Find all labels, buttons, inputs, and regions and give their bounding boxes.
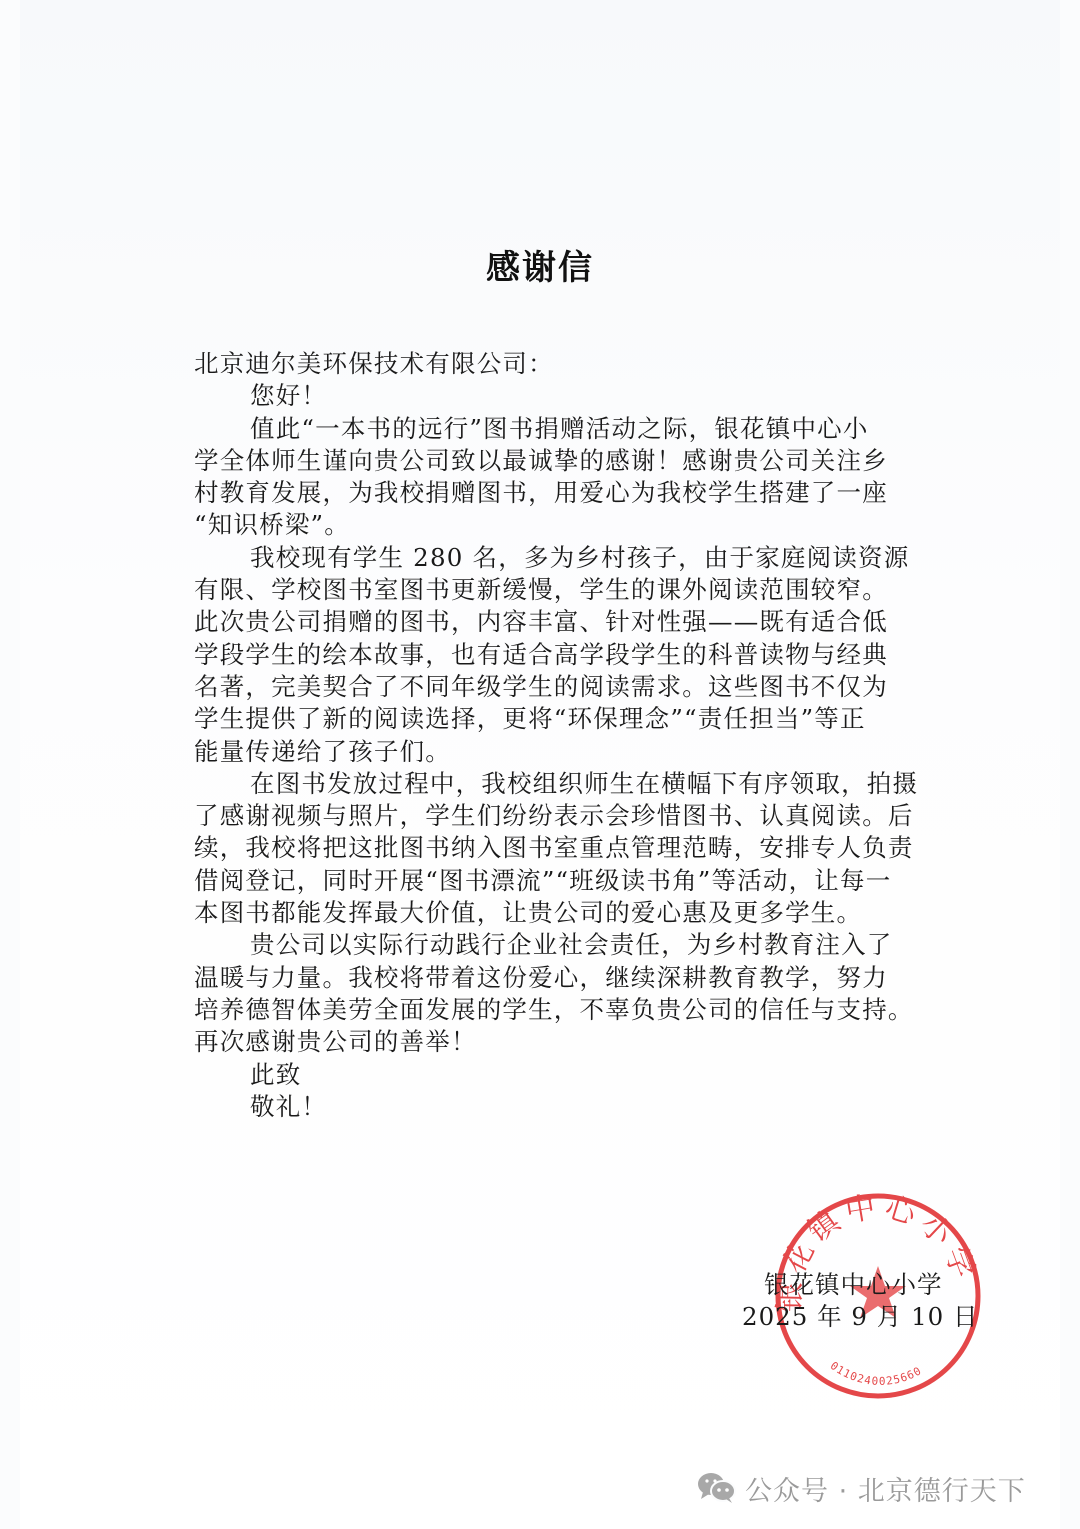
body-line: 续，我校将把这批图书纳入图书室重点管理范畴，安排专人负责 [194,832,964,864]
watermark-label: 公众号 · 北京德行天下 [745,1469,1026,1508]
body-line: 能量传递给了孩子们。 [194,736,964,768]
body-line: 值此“一本书的远行”图书捐赠活动之际，银花镇中心小 [194,413,964,445]
body-line: “知识桥梁”。 [194,509,964,541]
body-line: 再次感谢贵公司的善举！ [194,1026,964,1058]
letter-title: 感谢信 [20,240,1060,289]
body-line: 我校现有学生 280 名，多为乡村孩子，由于家庭阅读资源 [194,542,964,574]
body-line: 了感谢视频与照片，学生们纷纷表示会珍惜图书、认真阅读。后 [194,800,964,832]
body-line: 借阅登记，同时开展“图书漂流”“班级读书角”等活动，让每一 [194,865,964,897]
letter-body: 北京迪尔美环保技术有限公司： 您好！ 值此“一本书的远行”图书捐赠活动之际，银花… [194,348,964,1123]
body-line: 在图书发放过程中，我校组织师生在横幅下有序领取，拍摄 [194,768,964,800]
closing-salute: 敬礼！ [194,1091,964,1123]
wechat-icon [697,1472,737,1504]
body-line: 学全体师生谨向贵公司致以最诚挚的感谢！感谢贵公司关注乡 [194,445,964,477]
body-line: 温暖与力量。我校将带着这份爱心，继续深耕教育教学，努力 [194,962,964,994]
body-line: 名著，完美契合了不同年级学生的阅读需求。这些图书不仅为 [194,671,964,703]
svg-text:0110240025660: 0110240025660 [828,1359,924,1388]
body-line: 贵公司以实际行动践行企业社会责任，为乡村教育注入了 [194,929,964,961]
signature-organization: 银花镇中心小学 [764,1266,943,1301]
watermark-footer: 公众号 · 北京德行天下 [697,1468,1026,1508]
closing-line: 此致 [194,1059,964,1091]
body-line: 村教育发展，为我校捐赠图书，用爱心为我校学生搭建了一座 [194,477,964,509]
signature-date: 2025 年 9 月 10 日 [742,1298,979,1333]
body-line: 学生提供了新的阅读选择，更将“环保理念”“责任担当”等正 [194,703,964,735]
body-line: 学段学生的绘本故事，也有适合高学段学生的科普读物与经典 [194,639,964,671]
greeting: 您好！ [194,380,964,412]
document-page: 感谢信 北京迪尔美环保技术有限公司： 您好！ 值此“一本书的远行”图书捐赠活动之… [20,0,1060,1529]
recipient: 北京迪尔美环保技术有限公司： [194,348,964,380]
body-line: 有限、学校图书室图书更新缓慢，学生的课外阅读范围较窄。 [194,574,964,606]
body-line: 此次贵公司捐赠的图书，内容丰富、针对性强——既有适合低 [194,606,964,638]
body-line: 培养德智体美劳全面发展的学生，不辜负贵公司的信任与支持。 [194,994,964,1026]
body-line: 本图书都能发挥最大价值，让贵公司的爱心惠及更多学生。 [194,897,964,929]
